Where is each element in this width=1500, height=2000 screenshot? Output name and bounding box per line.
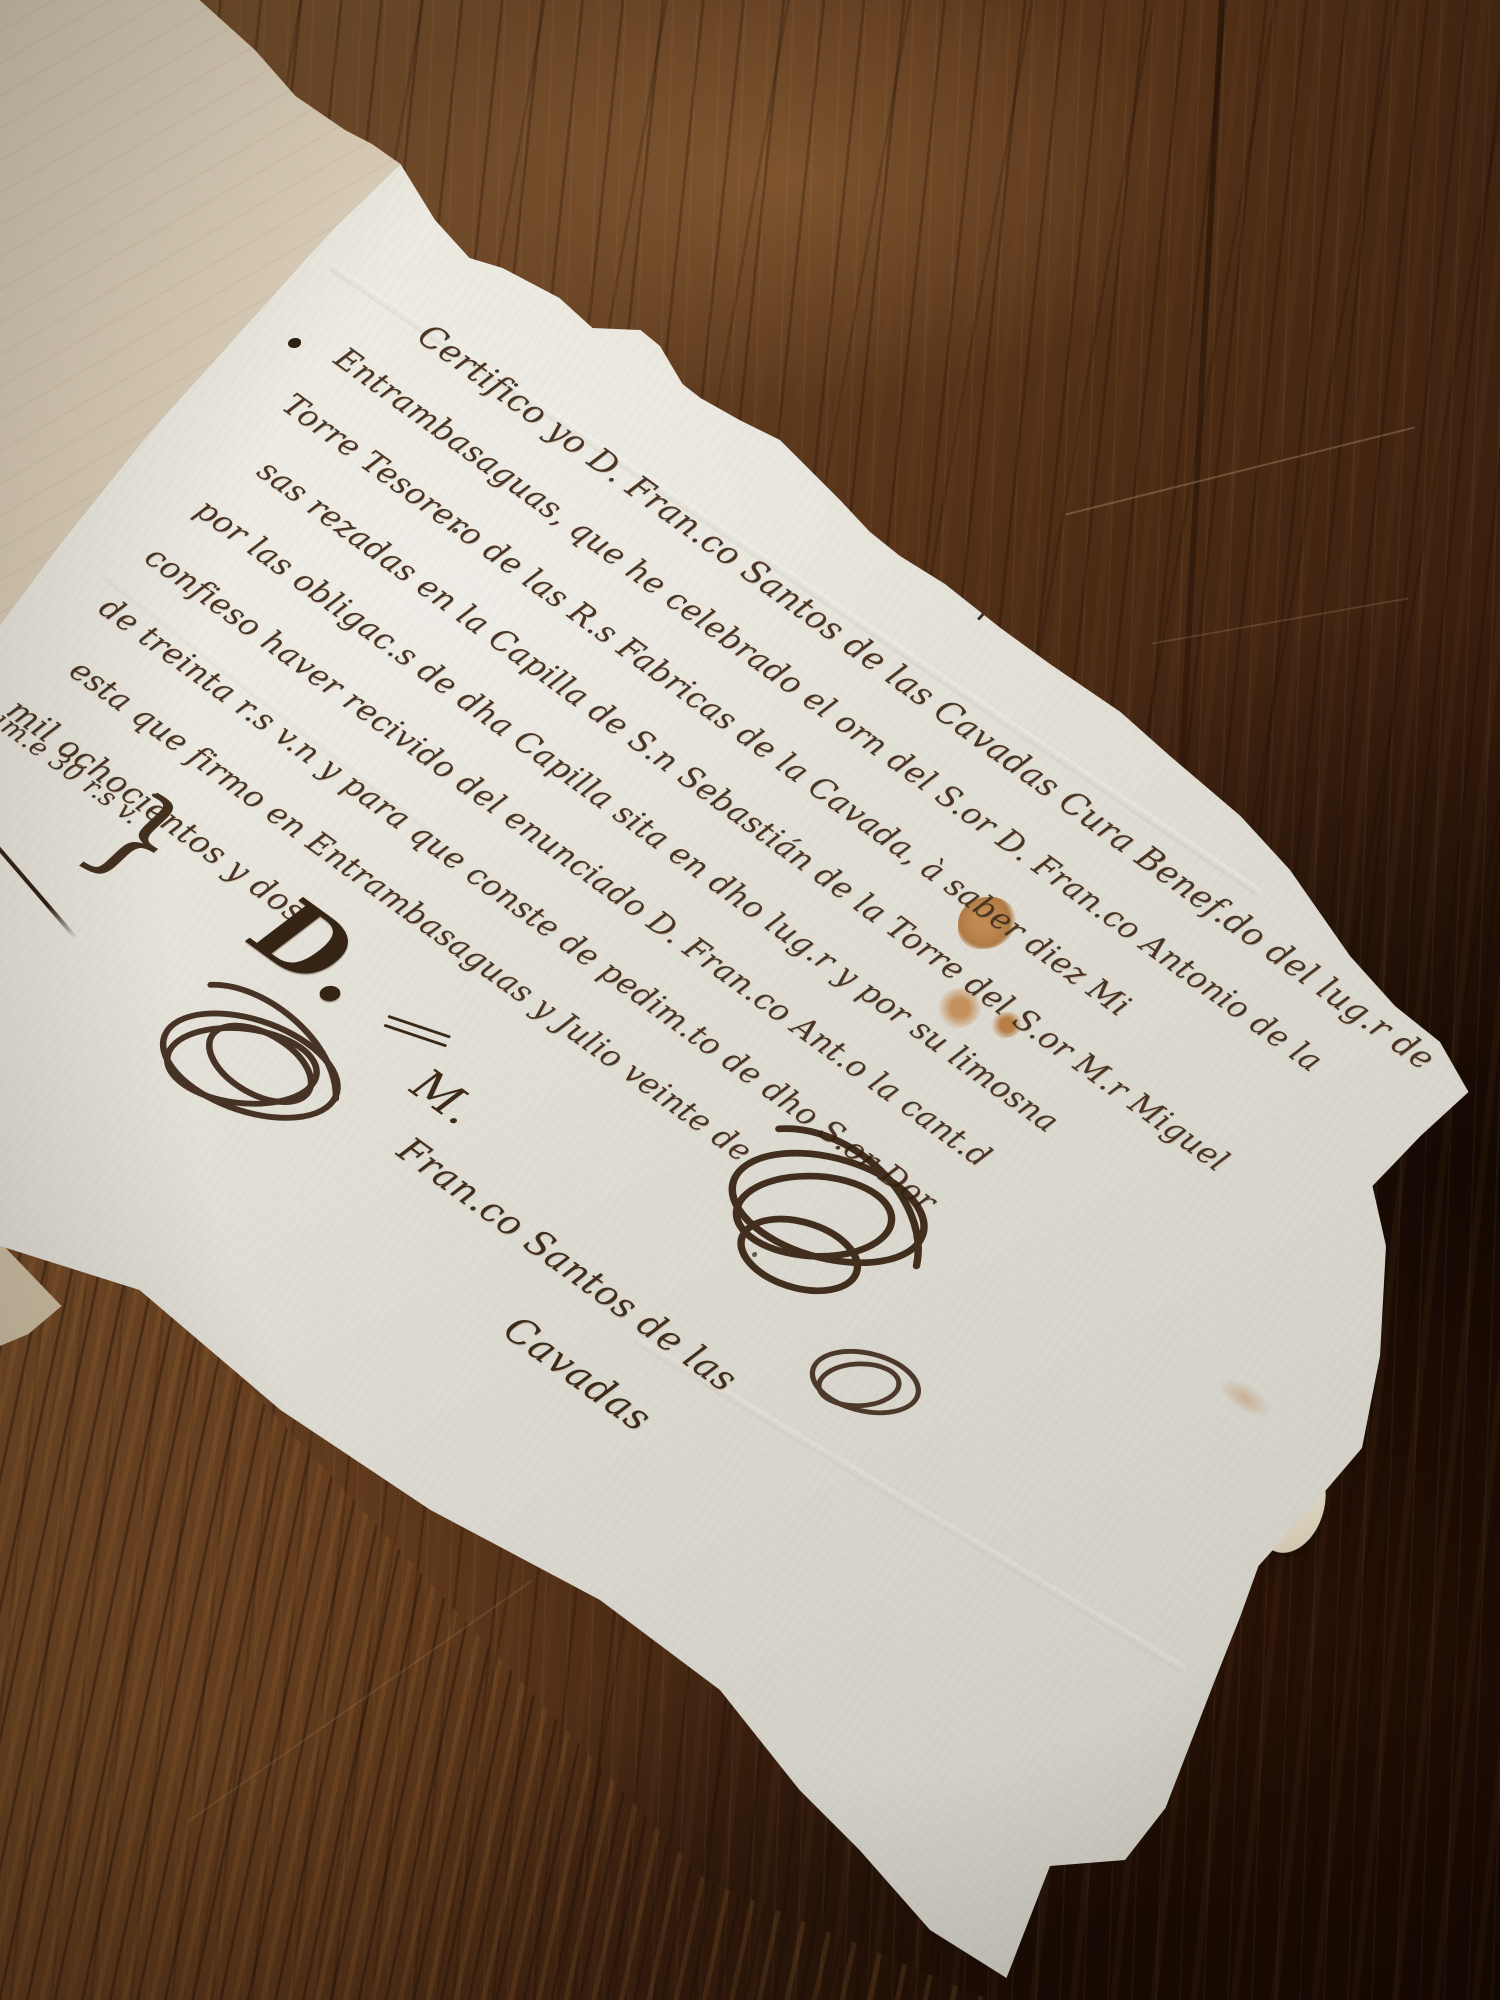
photo-scene: + Certifico yo D. Fran.co Santos de las … <box>0 0 1500 2000</box>
